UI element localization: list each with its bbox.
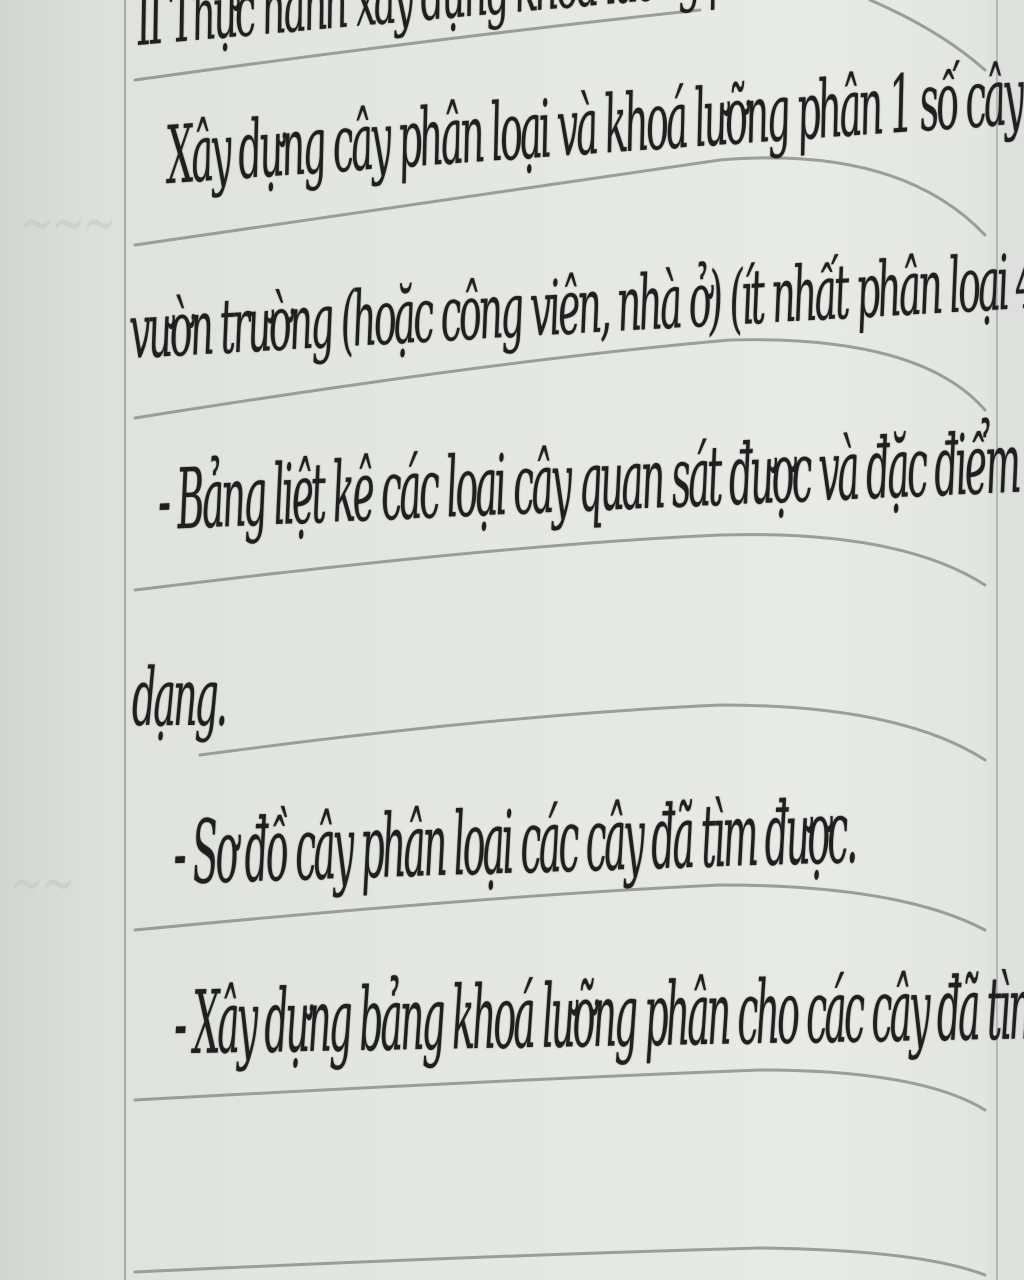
handwritten-line: - Xây dựng bảng khoá lưỡng phân cho các …: [173, 956, 1024, 1074]
handwritten-line: - Sơ đồ cây phân loại các cây đã tìm đượ…: [172, 781, 856, 904]
handwritten-line: dạng.: [132, 652, 225, 744]
rule-line: [200, 705, 985, 760]
ruled-lines: [0, 0, 1024, 1280]
rule-line: [135, 1248, 985, 1275]
rule-line: [135, 1070, 985, 1110]
notebook-photo: ~~~ ~~ II Thực hành xây dựng khóa lưỡng …: [0, 0, 1024, 1280]
